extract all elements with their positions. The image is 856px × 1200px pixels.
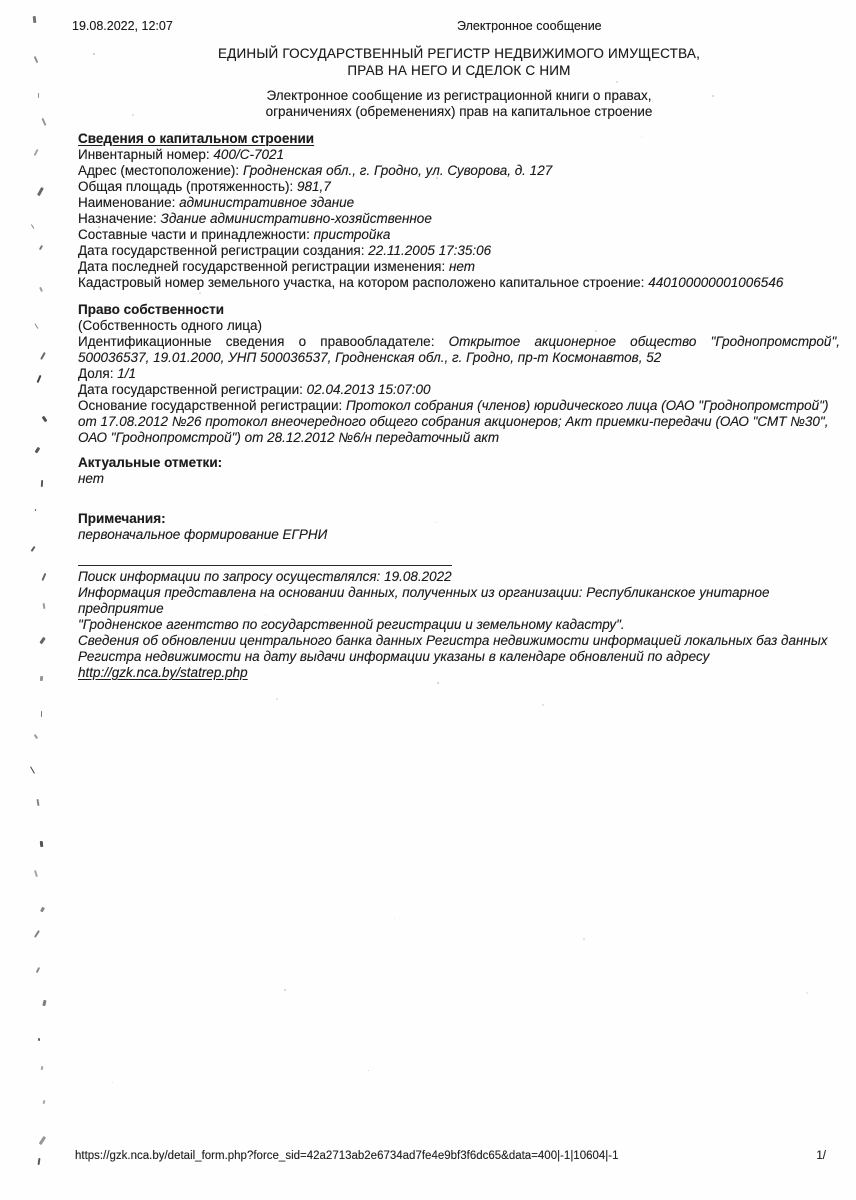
- info-footer-lines: Поиск информации по запросу осуществлялс…: [78, 569, 840, 665]
- field-label: Дата последней государственной регистрац…: [78, 259, 445, 274]
- print-datetime: 19.08.2022, 12:07: [72, 18, 173, 34]
- field-row: Адрес (местоположение): Гродненская обл.…: [78, 163, 840, 179]
- building-fields: Инвентарный номер: 400/С-7021 Адрес (мес…: [78, 147, 840, 291]
- field-value: Гродненская обл., г. Гродно, ул. Суворов…: [243, 163, 552, 178]
- field-row: Назначение: Здание административно-хозяй…: [78, 211, 840, 227]
- section-heading-building: Сведения о капитальном строении: [78, 131, 840, 147]
- field-value: 22.11.2005 17:35:06: [368, 243, 491, 258]
- field-value: 02.04.2013 15:07:00: [307, 382, 431, 397]
- info-footer-line: Информация представлена на основании дан…: [78, 585, 840, 617]
- field-row: Идентификационные сведения о правооблада…: [78, 334, 840, 366]
- field-value: 981,7: [297, 179, 331, 194]
- document-subtitle-line2: ограничениях (обременениях) прав на капи…: [78, 104, 840, 120]
- field-label: Кадастровый номер земельного участка, на…: [78, 275, 644, 290]
- ownership-fields: Идентификационные сведения о правооблада…: [78, 334, 840, 446]
- section-heading-marks: Актуальные отметки:: [78, 455, 840, 471]
- field-label: Общая площадь (протяженность):: [78, 179, 293, 194]
- field-value: 400/С-7021: [213, 147, 284, 162]
- document-title: ЕДИНЫЙ ГОСУДАРСТВЕННЫЙ РЕГИСТР НЕДВИЖИМО…: [78, 45, 840, 79]
- field-row: Основание государственной регистрации: П…: [78, 398, 840, 446]
- field-label: Основание государственной регистрации:: [78, 398, 342, 413]
- document-title-line1: ЕДИНЫЙ ГОСУДАРСТВЕННЫЙ РЕГИСТР НЕДВИЖИМО…: [78, 45, 840, 62]
- field-label: Составные части и принадлежности:: [78, 227, 310, 242]
- source-url: https://gzk.nca.by/detail_form.php?force…: [75, 1148, 619, 1164]
- section-actual-marks: Актуальные отметки: нет: [78, 455, 840, 487]
- document-subtitle: Электронное сообщение из регистрационной…: [78, 88, 840, 120]
- info-footer-line: Сведения об обновлении центрального банк…: [78, 633, 840, 649]
- field-label: Дата государственной регистрации:: [78, 382, 303, 397]
- field-label: Наименование:: [78, 195, 175, 210]
- field-row: Общая площадь (протяженность): 981,7: [78, 179, 840, 195]
- info-footer-line: "Гродненское агентство по государственно…: [78, 617, 840, 633]
- field-label: Дата государственной регистрации создани…: [78, 243, 365, 258]
- ownership-subheading: (Собственность одного лица): [78, 318, 840, 334]
- field-label: Доля:: [78, 366, 113, 381]
- print-header-title: Электронное сообщение: [457, 18, 602, 34]
- field-label: Адрес (местоположение):: [78, 163, 239, 178]
- section-heading-notes: Примечания:: [78, 511, 840, 527]
- field-value: 1/1: [117, 366, 136, 381]
- field-row: Дата государственной регистрации создани…: [78, 243, 840, 259]
- field-label: Назначение:: [78, 211, 157, 226]
- section-building-info: Сведения о капитальном строении Инвентар…: [78, 131, 840, 291]
- field-value: нет: [449, 259, 475, 274]
- field-value: пристройка: [314, 227, 391, 242]
- field-value: 440100000001006546: [648, 275, 783, 290]
- field-row: Составные части и принадлежности: пристр…: [78, 227, 840, 243]
- document-title-line2: ПРАВ НА НЕГО И СДЕЛОК С НИМ: [78, 62, 840, 79]
- field-row: Дата последней государственной регистрац…: [78, 259, 840, 275]
- statrep-link: http://gzk.nca.by/statrep.php: [78, 665, 248, 680]
- info-footer-link-line: http://gzk.nca.by/statrep.php: [78, 665, 840, 681]
- page-number: 1/: [816, 1148, 826, 1164]
- section-info-footer: Поиск информации по запросу осуществлялс…: [78, 565, 840, 681]
- section-ownership: Право собственности (Собственность одног…: [78, 302, 840, 446]
- field-value: административное здание: [179, 195, 354, 210]
- section-notes: Примечания: первоначальное формирование …: [78, 511, 840, 543]
- field-label: Инвентарный номер:: [78, 147, 210, 162]
- field-row: Наименование: административное здание: [78, 195, 840, 211]
- field-value: Здание административно-хозяйственное: [161, 211, 432, 226]
- divider-line: [78, 565, 452, 566]
- notes-value: первоначальное формирование ЕГРНИ: [78, 527, 840, 543]
- document-subtitle-line1: Электронное сообщение из регистрационной…: [78, 88, 840, 104]
- field-row: Дата государственной регистрации: 02.04.…: [78, 382, 840, 398]
- field-row: Кадастровый номер земельного участка, на…: [78, 275, 840, 291]
- info-footer-line: Регистра недвижимости на дату выдачи инф…: [78, 649, 840, 665]
- print-footer: https://gzk.nca.by/detail_form.php?force…: [0, 1148, 856, 1163]
- info-footer-line: Поиск информации по запросу осуществлялс…: [78, 569, 840, 585]
- scanned-document-page: 19.08.2022, 12:07 Электронное сообщение …: [0, 0, 856, 1200]
- field-label: Идентификационные сведения о правооблада…: [78, 334, 434, 349]
- print-header: 19.08.2022, 12:07 Электронное сообщение: [0, 18, 856, 34]
- section-heading-ownership: Право собственности: [78, 302, 840, 318]
- marks-value: нет: [78, 471, 840, 487]
- field-row: Доля: 1/1: [78, 366, 840, 382]
- field-row: Инвентарный номер: 400/С-7021: [78, 147, 840, 163]
